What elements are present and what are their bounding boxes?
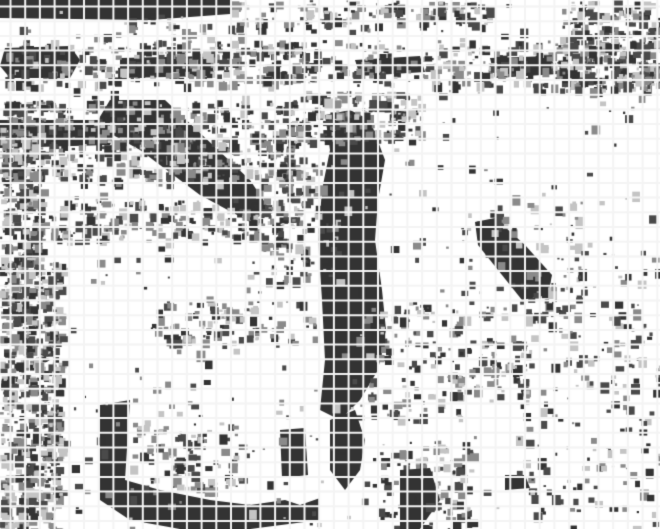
artwork-frame: Pixelated monochrome brush-stroke artwor… [0,0,660,529]
pixelated-brush-artwork [0,0,660,529]
